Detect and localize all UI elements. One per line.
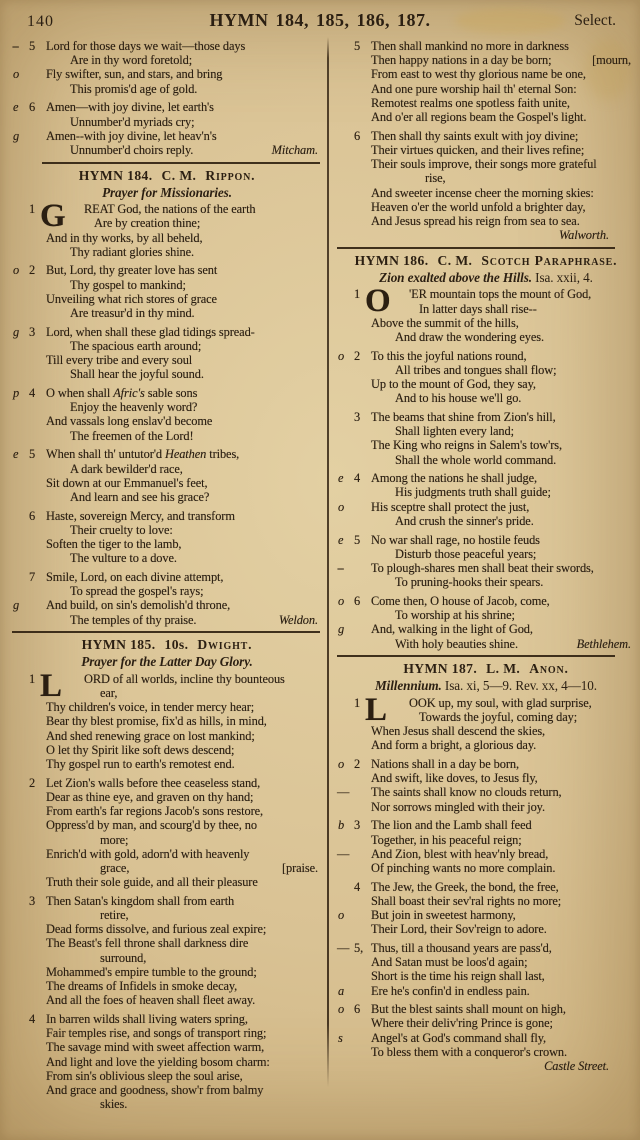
verse-line: Then happy nations in a day be born;[mou… xyxy=(337,53,635,67)
subtitle-text: Zion exalted above the Hills. xyxy=(379,270,532,285)
verse-line: Thy gospel to mankind; xyxy=(12,278,322,292)
catchword-bracket: [mourn, xyxy=(592,53,631,67)
verse-line: surround, xyxy=(12,951,322,965)
tune-attribution: Bethlehem. xyxy=(577,637,631,651)
verse-line: Above the summit of the hills, xyxy=(337,316,635,330)
verse-line: Shall boast their sev'ral rights no more… xyxy=(337,894,635,908)
stanza: o2Nations shall in a day be born,And swi… xyxy=(337,757,635,814)
verse-line: The King who reigns in Salem's tow'rs, xyxy=(337,438,635,452)
verse-line: Where their deliv'ring Prince is gone; xyxy=(337,1016,635,1030)
verse-line: The dreams of Infidels in smoke decay, xyxy=(12,979,322,993)
verse-line: And vassals long enslav'd become xyxy=(12,414,322,428)
hymn-author: Rippon. xyxy=(205,168,255,183)
verse-number: 4 xyxy=(354,880,360,894)
stanza: o6Come then, O house of Jacob, come,To w… xyxy=(337,594,635,651)
stanza: —5,Thus, till a thousand years are pass'… xyxy=(337,941,635,998)
tune-attribution: Weldon. xyxy=(279,613,318,627)
section-divider-rule xyxy=(42,162,320,164)
verse-line: 6Then shall thy saints exult with joy di… xyxy=(337,129,635,143)
left-column: --5Lord for those days we wait—those day… xyxy=(12,39,322,1116)
verse-line: ear, xyxy=(12,686,322,700)
verse-number: 1 xyxy=(29,202,35,216)
verse-line: gAmen--with joy divine, let heav'n's xyxy=(12,129,322,143)
verse-line: —And Zion, blest with heav'nly bread, xyxy=(337,847,635,861)
verse-line: From earth's far regions Jacob's sons re… xyxy=(12,804,322,818)
stanza: o2To this the joyful nations round,All t… xyxy=(337,349,635,406)
verse-number: 1 xyxy=(354,287,360,301)
verse-line: Their virtues quicken, and their lives r… xyxy=(337,143,635,157)
stanza: L1ORD of all worlds, incline thy bounteo… xyxy=(12,672,322,771)
verse-line: Shall hear the joyful sound. xyxy=(12,367,322,381)
expression-mark: a xyxy=(338,984,344,998)
verse-number: 6 xyxy=(29,509,35,523)
verse-line: Dear as thine eye, and graven on thy han… xyxy=(12,790,322,804)
verse-line: To spread the gospel's rays; xyxy=(12,584,322,598)
verse-line: oBut join in sweetest harmony, xyxy=(337,908,635,922)
verse-line: And shed renewing grace on lost mankind; xyxy=(12,729,322,743)
verse-line: All tribes and tongues shall flow; xyxy=(337,363,635,377)
verse-line: --To plough-shares men shall beat their … xyxy=(337,561,635,575)
stanza: e4Among the nations he shall judge,His j… xyxy=(337,471,635,528)
verse-line: And Satan must be loos'd again; xyxy=(337,955,635,969)
verse-line: Dead forms dissolve, and furious zeal ex… xyxy=(12,922,322,936)
verse-line: Shall the whole world command. xyxy=(337,453,635,467)
verse-line: O let thy Spirit like soft dews descend; xyxy=(12,743,322,757)
verse-line: Their cruelty to love: xyxy=(12,523,322,537)
verse-number: 3 xyxy=(354,410,360,424)
verse-line: o2But, Lord, thy greater love has sent xyxy=(12,263,322,277)
verse-line: 1ORD of all worlds, incline thy bounteou… xyxy=(12,672,322,686)
stanza: e5When shall th' untutor'd Heathen tribe… xyxy=(12,447,322,504)
subtitle-text: Millennium. xyxy=(375,678,442,693)
verse-line: Truth their sole guide, and all their pl… xyxy=(12,875,322,889)
expression-mark: o xyxy=(338,594,344,608)
stanza: 3The beams that shine from Zion's hill,S… xyxy=(337,410,635,467)
verse-number: 3 xyxy=(29,325,35,339)
verse-line: --5Lord for those days we wait—those day… xyxy=(12,39,322,53)
subtitle-text: Prayer for Missionaries. xyxy=(102,185,232,200)
stanza: L1OOK up, my soul, with glad surprise,To… xyxy=(337,696,635,753)
verse-line: gAnd build, on sin's demolish'd throne, xyxy=(12,598,322,612)
verse-line: 2Let Zion's walls before thee ceaseless … xyxy=(12,776,322,790)
verse-number: 6 xyxy=(354,129,360,143)
verse-line: oFly swifter, sun, and stars, and bring xyxy=(12,67,322,81)
section-divider-rule xyxy=(12,631,320,633)
verse-line: A dark bewilder'd race, xyxy=(12,462,322,476)
verse-line: From east to west thy glorious name be o… xyxy=(337,67,635,81)
stanza: p4O when shall Afric's sable sonsEnjoy t… xyxy=(12,386,322,443)
expression-mark: — xyxy=(337,941,348,955)
stanza: o6But the blest saints shall mount on hi… xyxy=(337,1002,635,1073)
verse-line: Disturb those peaceful years; xyxy=(337,547,635,561)
verse-line: Remotest realms one spotless faith unite… xyxy=(337,96,635,110)
expression-mark: g xyxy=(13,129,19,143)
verse-number: 5 xyxy=(29,447,35,461)
verse-line: The spacious earth around; xyxy=(12,339,322,353)
expression-mark: s xyxy=(338,1031,343,1045)
verse-line: And to his house we'll go. xyxy=(337,391,635,405)
verse-line: Their Lord, their Sov'reign to adore. xyxy=(337,922,635,936)
hymn-heading: HYMN 184.C. M.Rippon. xyxy=(12,168,322,184)
expression-mark: -- xyxy=(12,39,18,53)
verse-line: To worship at his shrine; xyxy=(337,608,635,622)
expression-mark: o xyxy=(13,263,19,277)
verse-line: The vulture to a dove. xyxy=(12,551,322,565)
verse-line: And draw the wondering eyes. xyxy=(337,330,635,344)
verse-line: The Beast's fell throne shall darkness d… xyxy=(12,936,322,950)
hymn-author: Dwight. xyxy=(197,637,252,652)
verse-number: 6 xyxy=(354,594,360,608)
verse-line: And crush the sinner's pride. xyxy=(337,514,635,528)
verse-line: aEre he's confin'd in endless pain. xyxy=(337,984,635,998)
verse-line: The savage mind with sweet affection war… xyxy=(12,1040,322,1054)
verse-line: The freemen of the Lord! xyxy=(12,429,322,443)
verse-line: His judgments truth shall guide; xyxy=(337,485,635,499)
tune-attribution: Castle Street. xyxy=(544,1059,609,1073)
verse-line: This promis'd age of gold. xyxy=(12,82,322,96)
verse-line: Their souls improve, their songs more gr… xyxy=(337,157,635,171)
hymn-subtitle: Millennium. Isa. xi, 5—9. Rev. xx, 4—10. xyxy=(337,678,635,693)
verse-number: 1 xyxy=(29,672,35,686)
section-divider-rule xyxy=(337,655,615,657)
verse-line: Enrich'd with gold, adorn'd with heavenl… xyxy=(12,847,322,861)
verse-line: o6But the blest saints shall mount on hi… xyxy=(337,1002,635,1016)
verse-line: And swift, like doves, to Jesus fly, xyxy=(337,771,635,785)
verse-line: From sin's oblivious sleep the soul aris… xyxy=(12,1069,322,1083)
verse-line: grace,[praise. xyxy=(12,861,322,875)
expression-mark: e xyxy=(13,100,18,114)
stanza: e5No war shall rage, no hostile feudsDis… xyxy=(337,533,635,590)
verse-line: e4Among the nations he shall judge, xyxy=(337,471,635,485)
stanza: 4The Jew, the Greek, the bond, the free,… xyxy=(337,880,635,937)
hymn-heading: HYMN 185.10s.Dwight. xyxy=(12,637,322,653)
verse-line: p4O when shall Afric's sable sons xyxy=(12,386,322,400)
verse-line: Till every tribe and every soul xyxy=(12,353,322,367)
verse-number: 4 xyxy=(29,1012,35,1026)
verse-number: 6 xyxy=(354,1002,360,1016)
verse-line: And one pure worship hail th' eternal So… xyxy=(337,82,635,96)
verse-line: e5No war shall rage, no hostile feuds xyxy=(337,533,635,547)
verse-line: Unnumber'd choirs reply.Mitcham. xyxy=(12,143,322,157)
expression-mark: o xyxy=(338,757,344,771)
expression-mark: o xyxy=(338,1002,344,1016)
verse-line: Up to the mount of God, they say, xyxy=(337,377,635,391)
tune-attribution: Mitcham. xyxy=(272,143,318,157)
verse-line: e6Amen—with joy divine, let earth's xyxy=(12,100,322,114)
verse-line: 3The beams that shine from Zion's hill, xyxy=(337,410,635,424)
verse-line: 4The Jew, the Greek, the bond, the free, xyxy=(337,880,635,894)
stanza: 6Haste, sovereign Mercy, and transformTh… xyxy=(12,509,322,566)
hymn-author: Anon. xyxy=(529,661,568,676)
hymn-number: HYMN 186. xyxy=(355,253,429,268)
stanza: 3Then Satan's kingdom shall from earthre… xyxy=(12,894,322,1008)
hymn-number: HYMN 185. xyxy=(82,637,156,652)
verse-number: 5, xyxy=(354,941,363,955)
verse-line: And form a bright, a glorious day. xyxy=(337,738,635,752)
verse-line: o2To this the joyful nations round, xyxy=(337,349,635,363)
stanza: 7Smile, Lord, on each divine attempt,To … xyxy=(12,570,322,627)
verse-line: 1'ER mountain tops the mount of God, xyxy=(337,287,635,301)
verse-line: sAngel's at God's command shall fly, xyxy=(337,1031,635,1045)
verse-line: more; xyxy=(12,833,322,847)
verse-line: Thy radiant glories shine. xyxy=(12,245,322,259)
verse-line: Towards the joyful, coming day; xyxy=(337,710,635,724)
hymn-author: Scotch Paraphrase. xyxy=(481,253,617,268)
verse-line: Walworth. xyxy=(337,228,635,242)
tune-attribution: Walworth. xyxy=(559,228,609,242)
verse-line: Mohammed's empire tumble to the ground; xyxy=(12,965,322,979)
verse-line: Heaven o'er the world unfold a brighter … xyxy=(337,200,635,214)
verse-line: Are in thy word foretold; xyxy=(12,53,322,67)
verse-number: 3 xyxy=(354,818,360,832)
hymn-heading: HYMN 186.C. M.Scotch Paraphrase. xyxy=(337,253,635,269)
verse-line: Are by creation thine; xyxy=(12,216,322,230)
scripture-reference: Isa. xi, 5—9. Rev. xx, 4—10. xyxy=(442,678,597,693)
expression-mark: o xyxy=(338,349,344,363)
verse-line: Thy gospel run to earth's remotest end. xyxy=(12,757,322,771)
verse-number: 5 xyxy=(354,39,360,53)
verse-line: In latter days shall rise-- xyxy=(337,302,635,316)
verse-line: Unveiling what rich stores of grace xyxy=(12,292,322,306)
hymn-heading: HYMN 187.L. M.Anon. xyxy=(337,661,635,677)
hymn-meter: C. M. xyxy=(438,253,473,268)
verse-line: Nor sorrows mingled with their joy. xyxy=(337,800,635,814)
hymn-meter: L. M. xyxy=(486,661,520,676)
verse-line: 1REAT God, the nations of the earth xyxy=(12,202,322,216)
verse-line: oHis sceptre shall protect the just, xyxy=(337,500,635,514)
verse-line: —5,Thus, till a thousand years are pass'… xyxy=(337,941,635,955)
verse-number: 2 xyxy=(354,757,360,771)
verse-line: And grace and goodness, show'r from balm… xyxy=(12,1083,322,1097)
stanza: 5Then shall mankind no more in darknessT… xyxy=(337,39,635,124)
verse-number: 2 xyxy=(29,776,35,790)
verse-number: 3 xyxy=(29,894,35,908)
expression-mark: b xyxy=(338,818,344,832)
verse-line: Fair temples rise, and songs of transpor… xyxy=(12,1026,322,1040)
verse-line: Of pinching wants no more complain. xyxy=(337,861,635,875)
verse-line: Thy children's voice, in tender mercy he… xyxy=(12,700,322,714)
verse-line: 1OOK up, my soul, with glad surprise, xyxy=(337,696,635,710)
verse-line: —The saints shall know no clouds return, xyxy=(337,785,635,799)
verse-line: Castle Street. xyxy=(337,1059,635,1073)
verse-line: With holy beauties shine.Bethlehem. xyxy=(337,637,635,651)
stanza: 6Then shall thy saints exult with joy di… xyxy=(337,129,635,243)
verse-line: e5When shall th' untutor'd Heathen tribe… xyxy=(12,447,322,461)
expression-mark: e xyxy=(13,447,18,461)
subtitle-text: Prayer for the Latter Day Glory. xyxy=(81,654,252,669)
expression-mark: p xyxy=(13,386,19,400)
page-header: 140 HYMN 184, 185, 186, 187. Select. xyxy=(0,10,640,36)
hymn-number: HYMN 187. xyxy=(403,661,477,676)
catchword-bracket: [praise. xyxy=(282,861,318,875)
stanza: O1'ER mountain tops the mount of God,In … xyxy=(337,287,635,344)
stanza: 4In barren wilds shall living waters spr… xyxy=(12,1012,322,1111)
verse-number: 5 xyxy=(29,39,35,53)
verse-line: retire, xyxy=(12,908,322,922)
column-divider xyxy=(327,37,329,1087)
hymn-meter: C. M. xyxy=(162,168,197,183)
stanza: o2But, Lord, thy greater love has sentTh… xyxy=(12,263,322,320)
verse-line: Enjoy the heavenly word? xyxy=(12,400,322,414)
verse-number: 2 xyxy=(29,263,35,277)
verse-number: 5 xyxy=(354,533,360,547)
expression-mark: g xyxy=(13,325,19,339)
scripture-reference: Isa. xxii, 4. xyxy=(532,270,593,285)
verse-line: Are treasur'd in thy mind. xyxy=(12,306,322,320)
verse-line: 5Then shall mankind no more in darkness xyxy=(337,39,635,53)
verse-line: b3The lion and the Lamb shall feed xyxy=(337,818,635,832)
verse-number: 1 xyxy=(354,696,360,710)
hymn-meter: 10s. xyxy=(165,637,189,652)
header-title: HYMN 184, 185, 186, 187. xyxy=(0,10,640,31)
verse-number: 6 xyxy=(29,100,35,114)
expression-mark: g xyxy=(13,598,19,612)
verse-line: 7Smile, Lord, on each divine attempt, xyxy=(12,570,322,584)
verse-line: And o'er all regions beam the Gospel's l… xyxy=(337,110,635,124)
verse-line: When Jesus shall descend the skies, xyxy=(337,724,635,738)
stanza: 2Let Zion's walls before thee ceaseless … xyxy=(12,776,322,890)
stanza: b3The lion and the Lamb shall feedTogeth… xyxy=(337,818,635,875)
verse-line: Bear thy blest promise, fix'd as hills, … xyxy=(12,714,322,728)
verse-line: To bless them with a conqueror's crown. xyxy=(337,1045,635,1059)
verse-line: And in thy works, by all beheld, xyxy=(12,231,322,245)
verse-line: g3Lord, when shall these glad tidings sp… xyxy=(12,325,322,339)
verse-line: Short is the time his reign shall last, xyxy=(337,969,635,983)
hymnal-page: 140 HYMN 184, 185, 186, 187. Select. --5… xyxy=(0,0,640,1140)
header-catchword: Select. xyxy=(574,12,616,30)
stanza: e6Amen—with joy divine, let earth'sUnnum… xyxy=(12,100,322,157)
stanza: --5Lord for those days we wait—those day… xyxy=(12,39,322,96)
verse-line: 4In barren wilds shall living waters spr… xyxy=(12,1012,322,1026)
verse-line: skies. xyxy=(12,1097,322,1111)
verse-number: 4 xyxy=(29,386,35,400)
expression-mark: -- xyxy=(337,561,343,575)
verse-line: The temples of thy praise.Weldon. xyxy=(12,613,322,627)
verse-line: rise, xyxy=(337,171,635,185)
expression-mark: — xyxy=(337,847,348,861)
verse-number: 4 xyxy=(354,471,360,485)
verse-line: o2Nations shall in a day be born, xyxy=(337,757,635,771)
section-divider-rule xyxy=(337,247,615,249)
verse-number: 2 xyxy=(354,349,360,363)
verse-line: To pruning-hooks their spears. xyxy=(337,575,635,589)
expression-mark: g xyxy=(338,622,344,636)
expression-mark: o xyxy=(13,67,19,81)
right-column: 5Then shall mankind no more in darknessT… xyxy=(337,39,635,1078)
hymn-number: HYMN 184. xyxy=(79,168,153,183)
expression-mark: o xyxy=(338,908,344,922)
expression-mark: o xyxy=(338,500,344,514)
verse-line: gAnd, walking in the light of God, xyxy=(337,622,635,636)
expression-mark: e xyxy=(338,533,343,547)
stanza: G1REAT God, the nations of the earthAre … xyxy=(12,202,322,259)
verse-line: And light and love the yielding bosom ch… xyxy=(12,1055,322,1069)
verse-line: Unnumber'd myriads cry; xyxy=(12,115,322,129)
verse-line: Together, in his peaceful reign; xyxy=(337,833,635,847)
verse-line: 6Haste, sovereign Mercy, and transform xyxy=(12,509,322,523)
verse-line: o6Come then, O house of Jacob, come, xyxy=(337,594,635,608)
verse-line: Oppress'd by man, and scourg'd by thee, … xyxy=(12,818,322,832)
verse-line: Sit down at our Emmanuel's feet, xyxy=(12,476,322,490)
verse-line: And sweeter incense cheer the morning sk… xyxy=(337,186,635,200)
verse-number: 7 xyxy=(29,570,35,584)
verse-line: And all the foes of heaven shall fleet a… xyxy=(12,993,322,1007)
verse-line: Shall lighten every land; xyxy=(337,424,635,438)
stanza: g3Lord, when shall these glad tidings sp… xyxy=(12,325,322,382)
verse-line: 3Then Satan's kingdom shall from earth xyxy=(12,894,322,908)
verse-line: And Jesus spread his reign from sea to s… xyxy=(337,214,635,228)
verse-line: And learn and see his grace? xyxy=(12,490,322,504)
verse-line: Soften the tiger to the lamb, xyxy=(12,537,322,551)
expression-mark: e xyxy=(338,471,343,485)
expression-mark: — xyxy=(337,785,348,799)
